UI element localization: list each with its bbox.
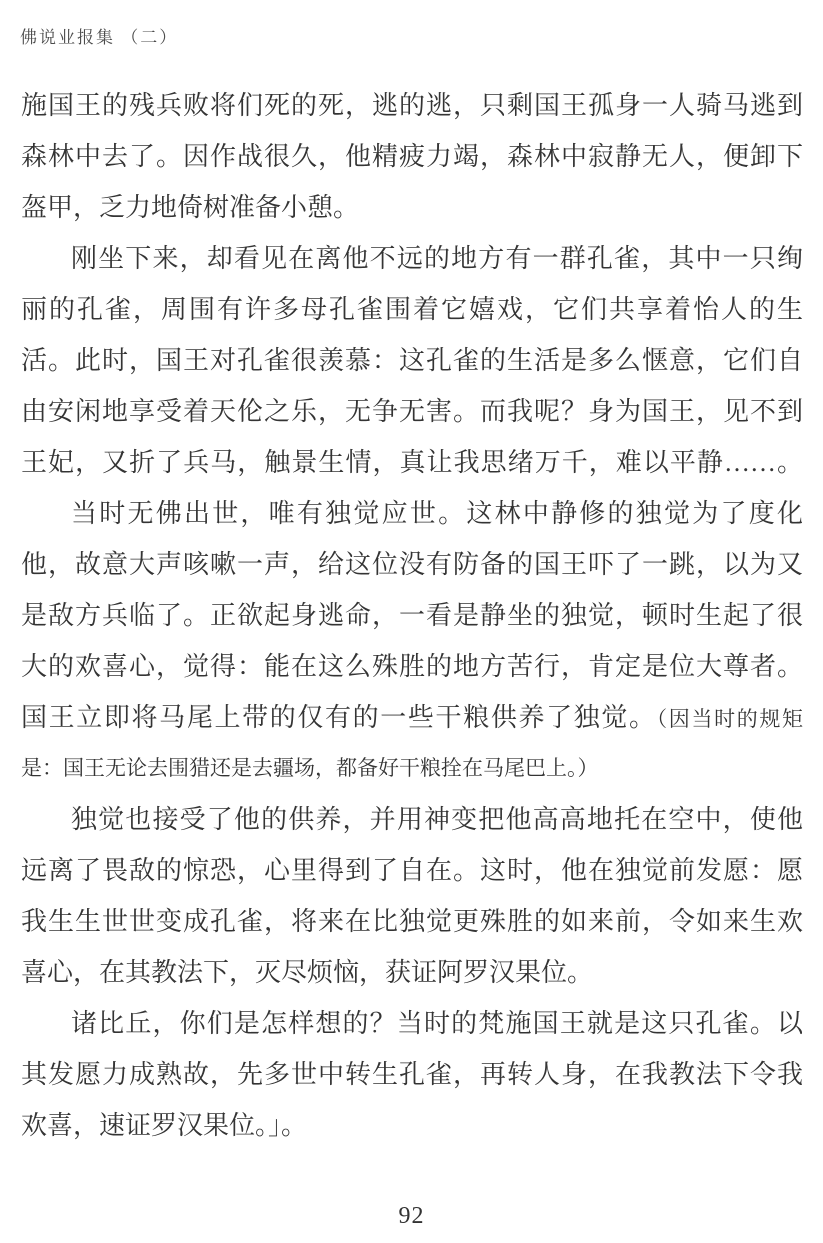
text-line-mixed: 国王立即将马尾上带的仅有的一些干粮供养了独觉。（因当时的规矩 xyxy=(21,692,803,743)
text-line: 王妃，又折了兵马，触景生情，真让我思绪万千，难以平静……。 xyxy=(21,437,803,488)
text-line: 我生生世世变成孔雀，将来在比独觉更殊胜的如来前，令如来生欢 xyxy=(21,896,803,947)
text-line: 活。此时，国王对孔雀很羡慕：这孔雀的生活是多么惬意，它们自 xyxy=(21,335,803,386)
page-number: 92 xyxy=(0,1203,823,1230)
text-line: 诸比丘，你们是怎样想的？当时的梵施国王就是这只孔雀。以 xyxy=(21,998,803,1049)
text-line: 独觉也接受了他的供养，并用神变把他高高地托在空中，使他 xyxy=(21,794,803,845)
parenthetical-note-line: 是：国王无论去围猎还是去疆场，都备好干粮拴在马尾巴上。） xyxy=(21,743,803,794)
body-text: 施国王的残兵败将们死的死，逃的逃，只剩国王孤身一人骑马逃到 森林中去了。因作战很… xyxy=(21,80,803,1151)
text-line: 其发愿力成熟故，先多世中转生孔雀，再转人身，在我教法下令我 xyxy=(21,1049,803,1100)
paragraph-2: 刚坐下来，却看见在离他不远的地方有一群孔雀，其中一只绚 丽的孔雀，周围有许多母孔… xyxy=(21,233,803,488)
paragraph-4: 独觉也接受了他的供养，并用神变把他高高地托在空中，使他 远离了畏敌的惊恐，心里得… xyxy=(21,794,803,998)
text-line: 森林中去了。因作战很久，他精疲力竭，森林中寂静无人，便卸下 xyxy=(21,131,803,182)
text-segment: 国王立即将马尾上带的仅有的一些干粮供养了独觉。 xyxy=(21,703,657,732)
parenthetical-note: （因当时的规矩 xyxy=(657,707,803,731)
text-line: 刚坐下来，却看见在离他不远的地方有一群孔雀，其中一只绚 xyxy=(21,233,803,284)
running-header: 佛说业报集 （二） xyxy=(20,23,178,48)
text-line: 当时无佛出世，唯有独觉应世。这林中静修的独觉为了度化 xyxy=(21,488,803,539)
text-line: 施国王的残兵败将们死的死，逃的逃，只剩国王孤身一人骑马逃到 xyxy=(21,80,803,131)
text-line: 是敌方兵临了。正欲起身逃命，一看是静坐的独觉，顿时生起了很 xyxy=(21,590,803,641)
text-line: 远离了畏敌的惊恐，心里得到了自在。这时，他在独觉前发愿：愿 xyxy=(21,845,803,896)
text-line: 欢喜，速证罗汉果位。」。 xyxy=(21,1100,803,1151)
text-line: 盔甲，乏力地倚树准备小憩。 xyxy=(21,182,803,233)
text-line: 喜心，在其教法下，灭尽烦恼，获证阿罗汉果位。 xyxy=(21,947,803,998)
text-line: 大的欢喜心，觉得：能在这么殊胜的地方苦行，肯定是位大尊者。 xyxy=(21,641,803,692)
paragraph-3: 当时无佛出世，唯有独觉应世。这林中静修的独觉为了度化 他，故意大声咳嗽一声，给这… xyxy=(21,488,803,794)
document-page: 佛说业报集 （二） 施国王的残兵败将们死的死，逃的逃，只剩国王孤身一人骑马逃到 … xyxy=(0,0,823,1243)
text-line: 由安闲地享受着天伦之乐，无争无害。而我呢？身为国王，见不到 xyxy=(21,386,803,437)
text-line: 丽的孔雀，周围有许多母孔雀围着它嬉戏，它们共享着怡人的生 xyxy=(21,284,803,335)
text-line: 他，故意大声咳嗽一声，给这位没有防备的国王吓了一跳，以为又 xyxy=(21,539,803,590)
paragraph-1: 施国王的残兵败将们死的死，逃的逃，只剩国王孤身一人骑马逃到 森林中去了。因作战很… xyxy=(21,80,803,233)
paragraph-5: 诸比丘，你们是怎样想的？当时的梵施国王就是这只孔雀。以 其发愿力成熟故，先多世中… xyxy=(21,998,803,1151)
